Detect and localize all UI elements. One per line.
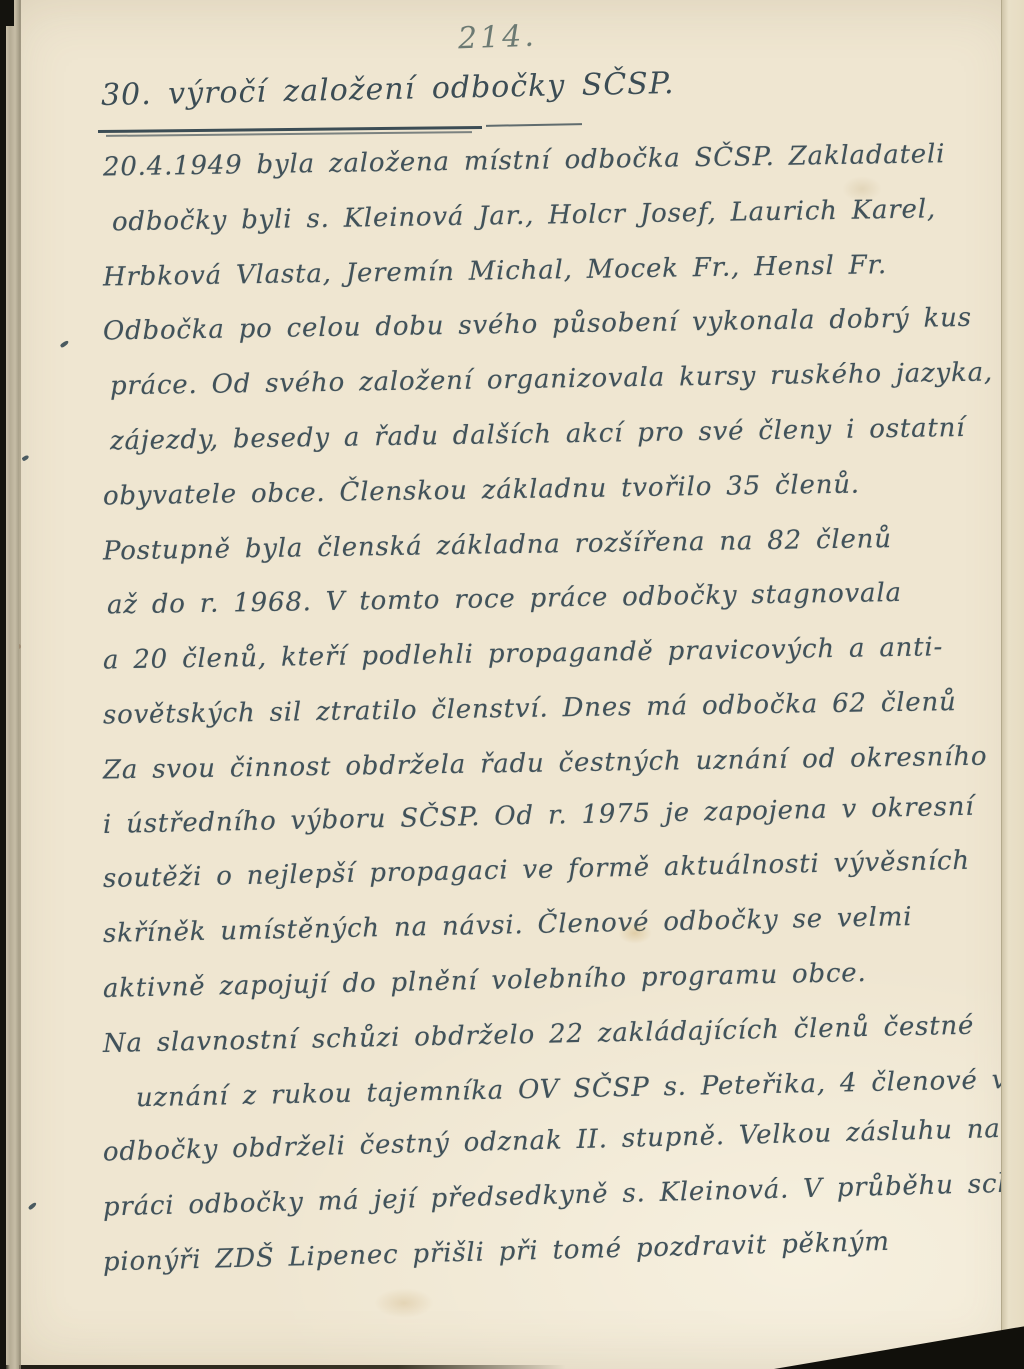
scan-top-left-notch	[0, 0, 14, 26]
scanned-chronicle-photo: { "document": { "page_number": "214.", "…	[0, 0, 1024, 1369]
title-underline-extension	[486, 123, 582, 127]
handwritten-body: 20.4.1949 byla založena místní odbočka S…	[6, 142, 1016, 1293]
page-number: 214.	[457, 19, 537, 57]
section-title: 30. výročí založení odbočky SČSP.	[101, 66, 675, 113]
underlying-page-edge	[1001, 0, 1024, 1369]
book-binding	[0, 0, 19, 1369]
chronicle-page: 214. 30. výročí založení odbočky SČSP. 2…	[6, 0, 1024, 1369]
binding-crease-line	[19, 0, 21, 1369]
scan-corner-shadow	[774, 1317, 1024, 1369]
scan-bottom-edge	[6, 1365, 566, 1369]
